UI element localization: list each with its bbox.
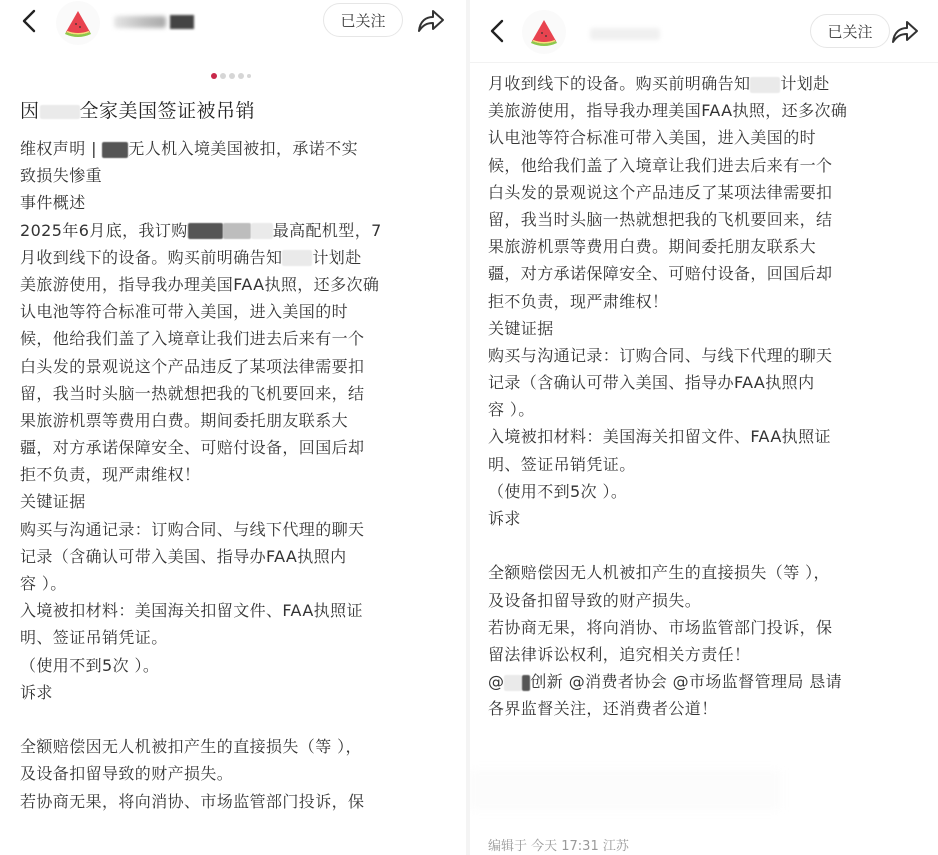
redacted-text [251,223,273,239]
post-body: 月收到线下的设备。购买前明确告知计划赴 美旅游使用，指导我办理美国FAA执照，还… [488,70,918,723]
body-line: 明、签证吊销凭证。 [20,624,450,651]
body-line: 果旅游机票等费用白费。期间委托朋友联系大 [488,233,918,260]
post-header: 已关注 [470,0,938,63]
redacted-text [522,675,530,691]
body-line: 留法律诉讼权利，追究相关方责任！ [488,641,918,668]
section-heading: 事件概述 [20,189,450,216]
body-line: 各界监督关注，还消费者公道！ [488,695,918,722]
body-line: 致损失惨重 [20,162,450,189]
share-arrow-icon [890,18,920,46]
blurred-region [470,770,780,810]
section-heading: 关键证据 [20,488,450,515]
follow-button[interactable]: 已关注 [810,14,890,48]
text: 2025年6月底，我订购 [20,221,188,240]
redacted-text [223,223,251,239]
edit-timestamp: 编辑于 今天 17:31 江苏 [488,835,629,854]
body-line: 认电池等符合标准可带入美国，进入美国的时 [20,298,450,325]
body-line: 明、签证吊销凭证。 [488,451,918,478]
redacted-text [102,142,128,158]
body-line: 留，我当时头脑一热就想把我的飞机要回来，结 [488,206,918,233]
body-line: 美旅游使用，指导我办理美国FAA执照，还多次确 [20,271,450,298]
section-heading: 诉求 [20,679,450,706]
carousel-dot-active[interactable] [211,73,217,79]
body-line: 候，他给我们盖了入境章让我们进去后来有一个 [488,152,918,179]
redacted-text [750,77,780,93]
avatar[interactable] [522,10,566,54]
redacted-text [282,250,312,266]
text: 无人机入境美国被扣，承诺不实 [128,139,358,158]
body-line: 白头发的景观说这个产品违反了某项法律需要扣 [488,179,918,206]
body-line: 购买与沟通记录：订购合同、与线下代理的聊天 [488,342,918,369]
share-button[interactable] [890,18,920,46]
body-line: （使用不到5次 ）。 [488,478,918,505]
watermelon-icon [528,17,560,47]
section-heading: 诉求 [488,505,918,532]
body-line: 留，我当时头脑一热就想把我的飞机要回来，结 [20,380,450,407]
chevron-left-icon [18,8,42,34]
body-line: 全额赔偿因无人机被扣产生的直接损失（等 ）， [488,559,918,586]
redacted-name-part [590,28,660,40]
carousel-dot[interactable] [220,73,226,79]
redacted-text [40,105,80,119]
title-prefix: 因 [20,100,40,122]
share-arrow-icon [416,7,446,35]
body-line: 容 ）。 [488,396,918,423]
body-line: 容 ）。 [20,570,450,597]
body-line: 拒不负责，现严肃维权！ [488,288,918,315]
section-heading: 关键证据 [488,315,918,342]
text: 月收到线下的设备。购买前明确告知 [20,248,282,267]
mention-link[interactable]: @ [488,672,504,691]
blank-line [488,532,918,559]
body-line: 果旅游机票等费用白费。期间委托朋友联系大 [20,407,450,434]
follow-button[interactable]: 已关注 [323,3,403,37]
body-line: 白头发的景观说这个产品违反了某项法律需要扣 [20,353,450,380]
redacted-name-part [170,15,194,29]
body-line: 拒不负责，现严肃维权！ [20,461,450,488]
body-line: 美旅游使用，指导我办理美国FAA执照，还多次确 [488,97,918,124]
post-body: 维权声明 | 无人机入境美国被扣，承诺不实 致损失惨重 事件概述 2025年6月… [20,135,450,815]
left-screenshot-panel: 已关注 因全家美国签证被吊销 维权声明 | 无人机入境美国被扣，承诺不实 致损失… [0,0,466,855]
body-line: 记录（含确认可带入美国、指导办FAA执照内 [488,369,918,396]
back-button[interactable] [486,18,510,44]
username[interactable] [590,26,670,42]
body-line: 若协商无果，将向消协、市场监管部门投诉，保 [20,788,450,815]
body-line: 入境被扣材料：美国海关扣留文件、FAA执照证 [488,423,918,450]
watermelon-icon [62,8,94,38]
post-header: 已关注 [0,0,466,44]
body-line: 疆，对方承诺保障安全、可赔付设备，回国后却 [20,434,450,461]
blank-line [20,706,450,733]
body-line: 入境被扣材料：美国海关扣留文件、FAA执照证 [20,597,450,624]
text: 最高配机型，7 [273,221,382,240]
avatar[interactable] [56,1,100,45]
redacted-text [504,675,522,691]
redacted-text [188,223,223,239]
body-line: 记录（含确认可带入美国、指导办FAA执照内 [20,543,450,570]
body-line: 认电池等符合标准可带入美国，进入美国的时 [488,124,918,151]
back-button[interactable] [18,8,42,34]
carousel-dot[interactable] [238,73,244,79]
username[interactable] [114,14,194,30]
right-screenshot-panel: 已关注 月收到线下的设备。购买前明确告知计划赴 美旅游使用，指导我办理美国FAA… [470,0,938,855]
body-line: （使用不到5次 ）。 [20,652,450,679]
image-carousel-indicator[interactable] [211,72,251,80]
share-button[interactable] [416,7,446,35]
body-line: 及设备扣留导致的财产损失。 [20,760,450,787]
redacted-name-part [114,16,166,28]
body-line: 全额赔偿因无人机被扣产生的直接损失（等 ）， [20,733,450,760]
text: 维权声明 | [20,139,102,158]
body-line: 购买与沟通记录：订购合同、与线下代理的聊天 [20,516,450,543]
text: 月收到线下的设备。购买前明确告知 [488,74,750,93]
carousel-dot[interactable] [229,73,235,79]
text: 计划赴 [312,248,361,267]
chevron-left-icon [486,18,510,44]
body-line: 及设备扣留导致的财产损失。 [488,587,918,614]
text: 计划赴 [780,74,829,93]
mention-links[interactable]: 创新 @消费者协会 @市场监督管理局 恳请 [530,672,842,691]
body-line: 疆，对方承诺保障安全、可赔付设备，回国后却 [488,260,918,287]
title-suffix: 全家美国签证被吊销 [80,100,256,122]
body-line: 候，他给我们盖了入境章让我们进去后来有一个 [20,325,450,352]
body-line: 若协商无果，将向消协、市场监管部门投诉，保 [488,614,918,641]
carousel-dot[interactable] [247,74,251,78]
post-title: 因全家美国签证被吊销 [20,98,255,124]
